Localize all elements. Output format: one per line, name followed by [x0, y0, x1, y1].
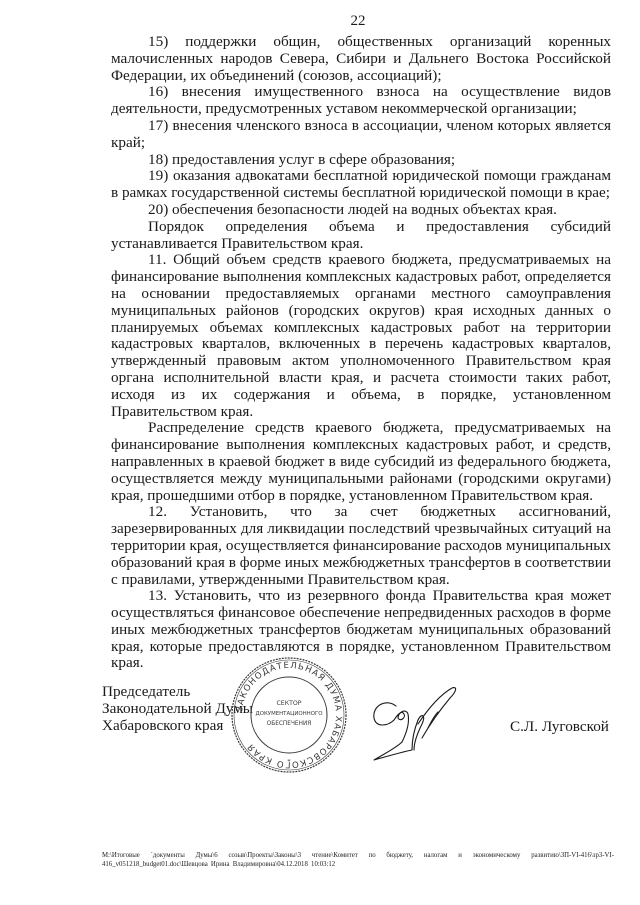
list-item-15: 15) поддержки общин, общественных органи…	[111, 34, 611, 84]
stamp-inner-line-2: ДОКУМЕНТАЦИОННОГО	[256, 711, 323, 717]
distribution-paragraph: Распределение средств краевого бюджета, …	[111, 420, 611, 504]
document-body: 15) поддержки общин, общественных органи…	[111, 34, 611, 672]
stamp-inner-line-1: СЕКТОР	[276, 700, 301, 707]
list-item-16: 16) внесения имущественного взноса на ос…	[111, 84, 611, 118]
list-item-17: 17) внесения членского взноса в ассоциац…	[111, 118, 611, 152]
subsidy-procedure-paragraph: Порядок определения объема и предоставле…	[111, 219, 611, 253]
file-path-footer: М:\Итоговые `документы Думы\6 созыв\Прое…	[102, 851, 614, 869]
handwritten-signature	[368, 684, 473, 764]
signatory-name: С.Л. Луговской	[510, 718, 609, 735]
list-item-19: 19) оказания адвокатами бесплатной юриди…	[111, 168, 611, 202]
stamp-inner-line-3: ОБЕСПЕЧЕНИЯ	[267, 721, 312, 727]
list-item-18: 18) предоставления услуг в сфере образов…	[111, 152, 611, 169]
list-item-20: 20) обеспечения безопасности людей на во…	[111, 202, 611, 219]
official-stamp: ЗАКОНОДАТЕЛЬНАЯ ДУМА ХАБАРОВСКОГО КРАЯ С…	[229, 655, 349, 775]
article-13-paragraph: 13. Установить, что из резервного фонда …	[111, 588, 611, 672]
star-icon: *	[287, 758, 291, 766]
article-12-paragraph: 12. Установить, что за счет бюджетных ас…	[111, 504, 611, 588]
page-number: 22	[0, 13, 640, 30]
article-11-paragraph: 11. Общий объем средств краевого бюджета…	[111, 252, 611, 420]
